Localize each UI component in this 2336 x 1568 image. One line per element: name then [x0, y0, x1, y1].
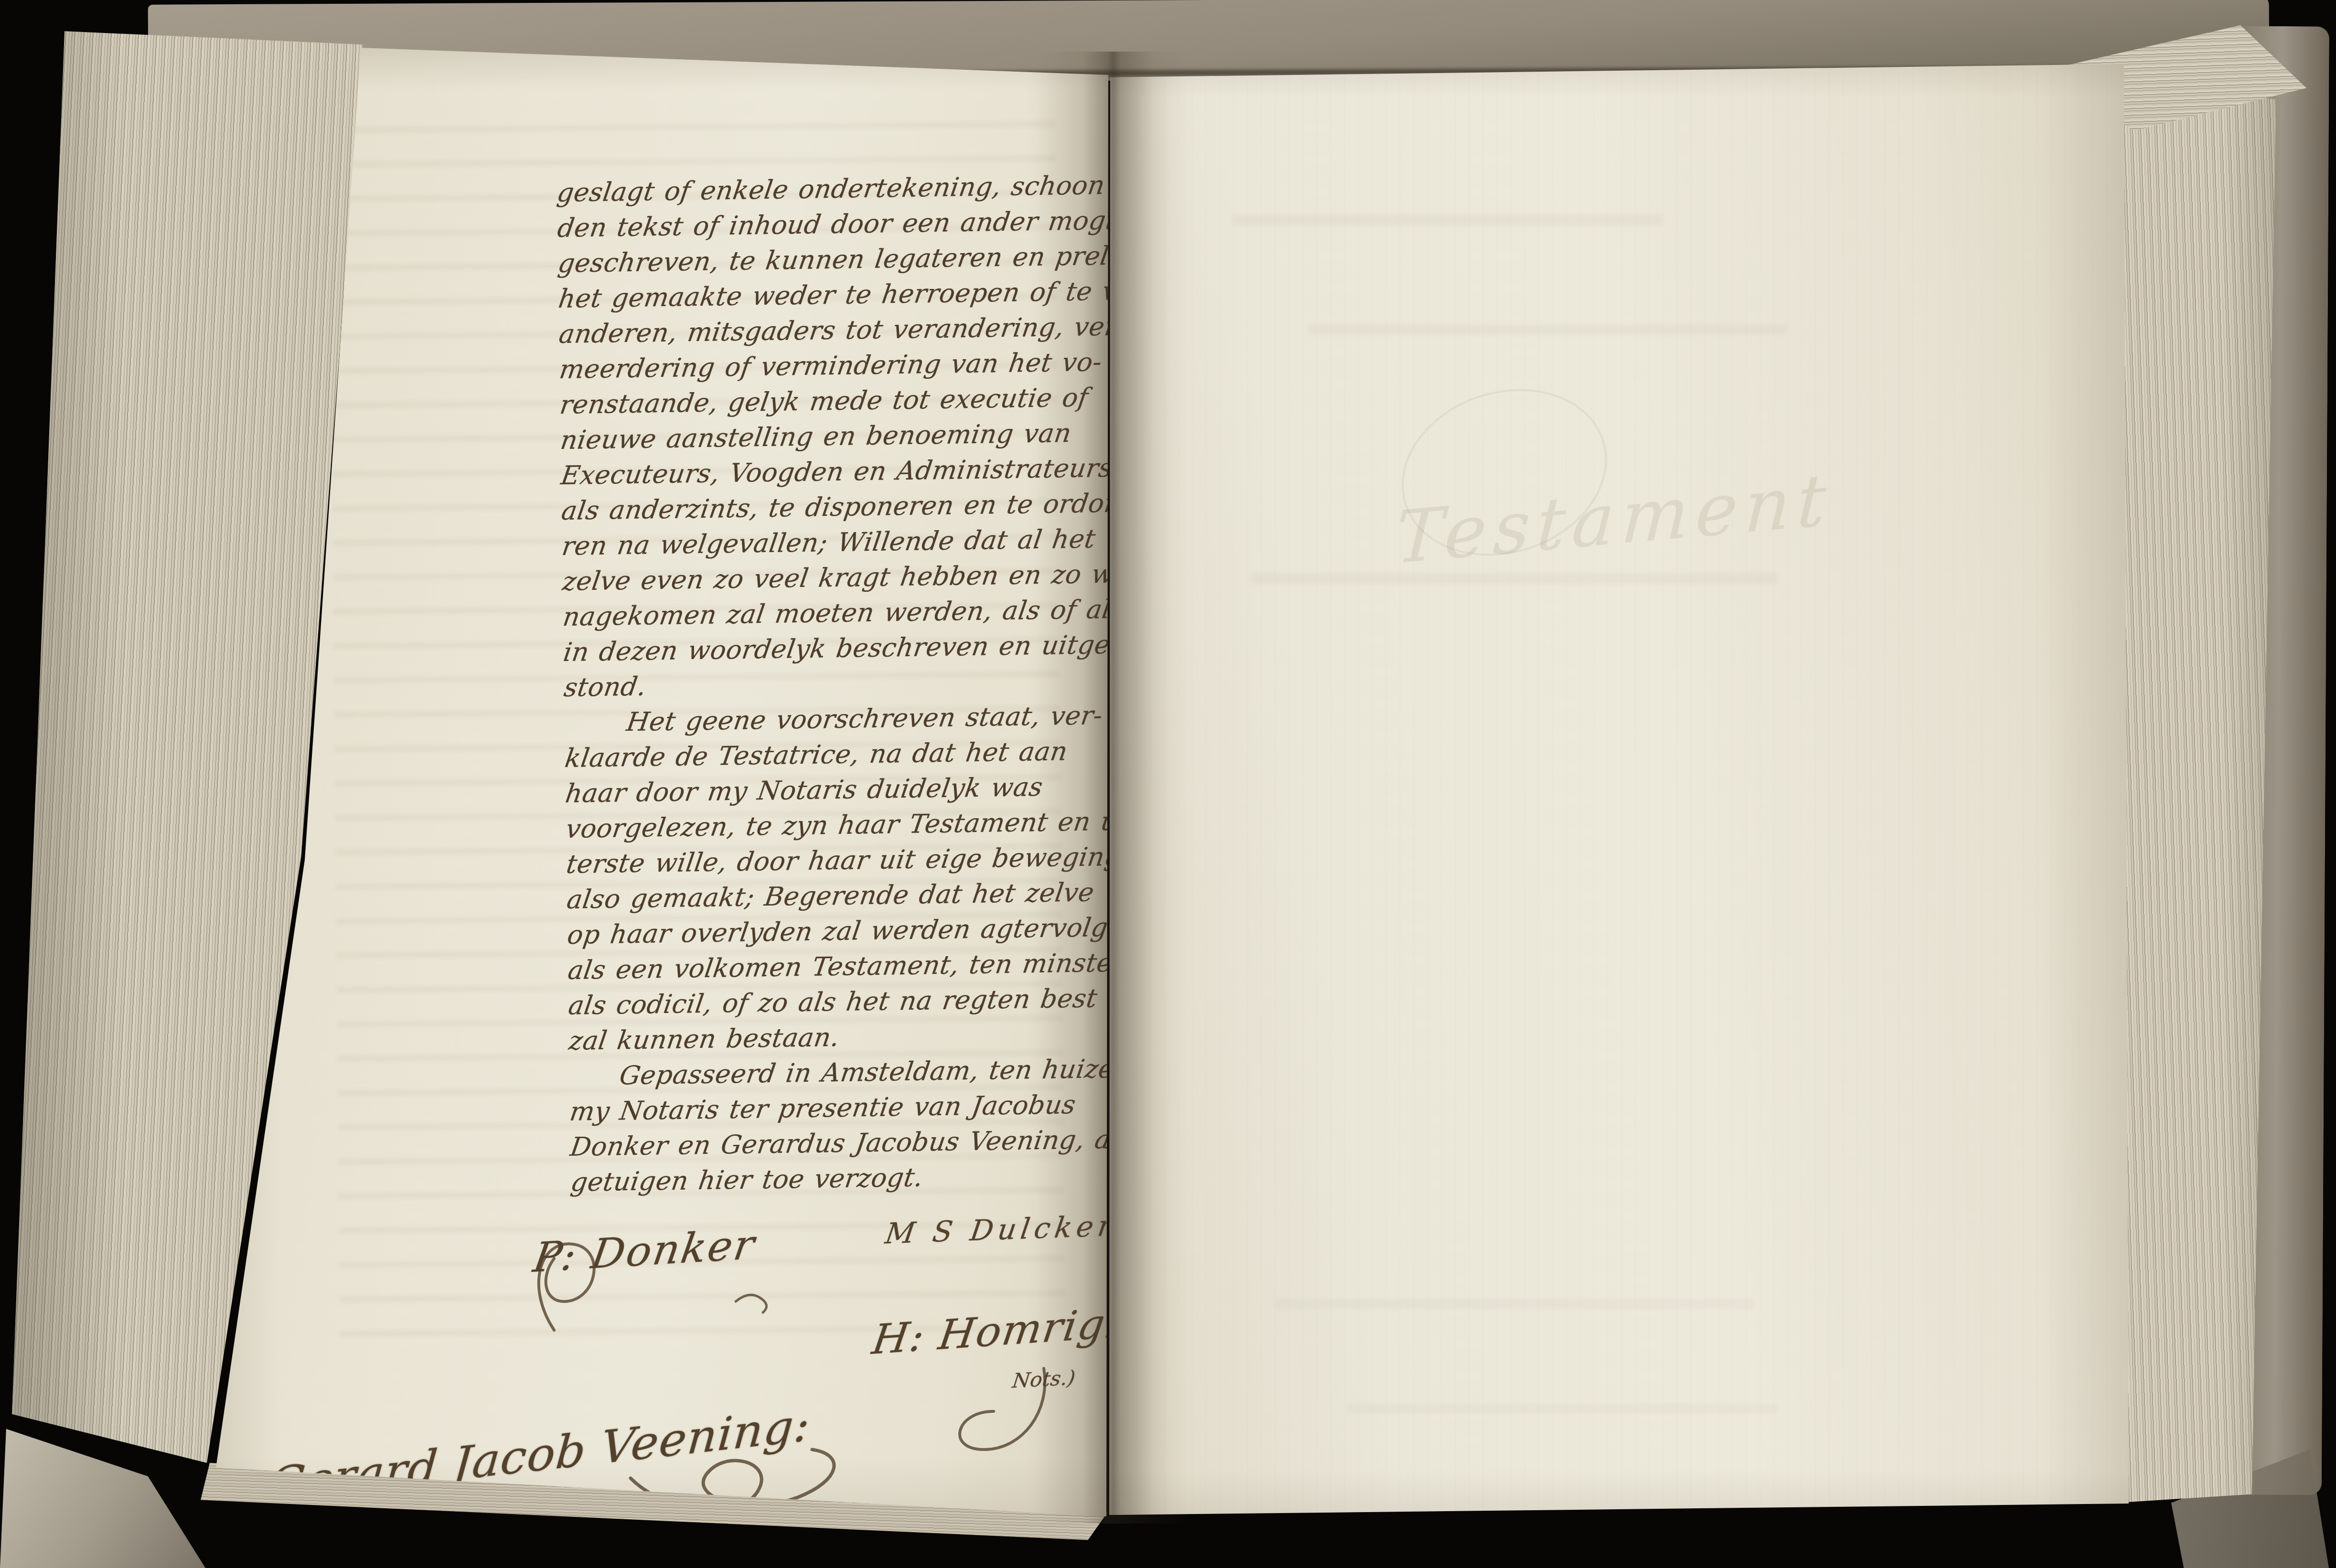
bleedthrough-line: [1232, 215, 1662, 225]
manuscript-lines: geslagt of enkele ondertekening, schoond…: [557, 168, 1130, 1200]
bleedthrough-line: [1347, 1404, 1777, 1413]
notary-title: Nots.): [1011, 1366, 1076, 1393]
right-page: Testament: [1108, 57, 2131, 1521]
bleedthrough-line: [1309, 325, 1787, 334]
open-book-photograph: geslagt of enkele ondertekening, schoond…: [0, 0, 2336, 1568]
bleedthrough-line: [1252, 573, 1777, 584]
bleedthrough-line: [1275, 1299, 1753, 1309]
